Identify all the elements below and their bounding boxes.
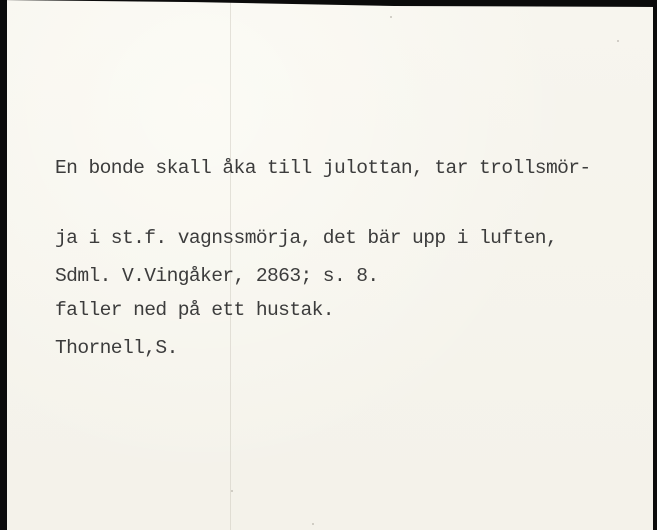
index-card: En bonde skall åka till julottan, tar tr… xyxy=(7,0,653,530)
paper-speck xyxy=(231,490,233,492)
scan-border-right xyxy=(653,0,657,530)
paper-speck xyxy=(617,40,619,42)
card-reference: Sdml. V.Vingåker, 2863; s. 8. Thornell,S… xyxy=(55,216,379,408)
description-line-1: En bonde skall åka till julottan, tar tr… xyxy=(55,156,591,180)
paper-speck xyxy=(312,523,314,525)
paper-speck xyxy=(390,16,392,18)
reference-line-source: Sdml. V.Vingåker, 2863; s. 8. xyxy=(55,264,379,288)
reference-line-collector: Thornell,S. xyxy=(55,336,379,360)
